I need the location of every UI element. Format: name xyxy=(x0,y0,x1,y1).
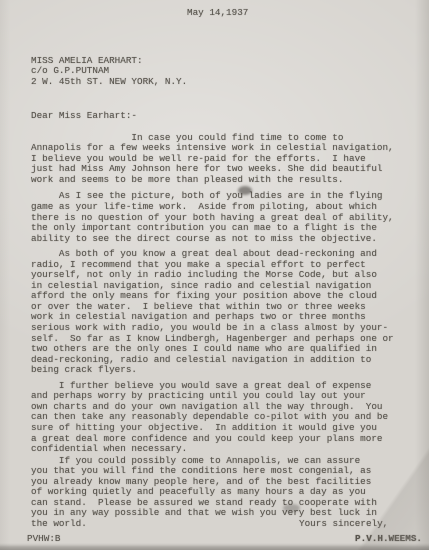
salutation: Dear Miss Earhart:- xyxy=(31,111,429,122)
paragraph-1: In case you could find time to come to A… xyxy=(31,133,429,186)
paragraph-3: As both of you know a great deal about d… xyxy=(31,249,429,376)
ink-smudge xyxy=(238,186,252,195)
letter-page: May 14,1937 MISS AMELIA EARHART: c/o G.P… xyxy=(0,0,429,550)
paragraph-2: As I see the picture, both of you ladies… xyxy=(31,191,429,244)
paper-corner-crease xyxy=(279,420,429,550)
scan-bottom-edge xyxy=(0,543,429,550)
recipient-address: MISS AMELIA EARHART: c/o G.P.PUTNAM 2 W.… xyxy=(31,56,429,88)
letter-date: May 14,1937 xyxy=(187,8,429,19)
